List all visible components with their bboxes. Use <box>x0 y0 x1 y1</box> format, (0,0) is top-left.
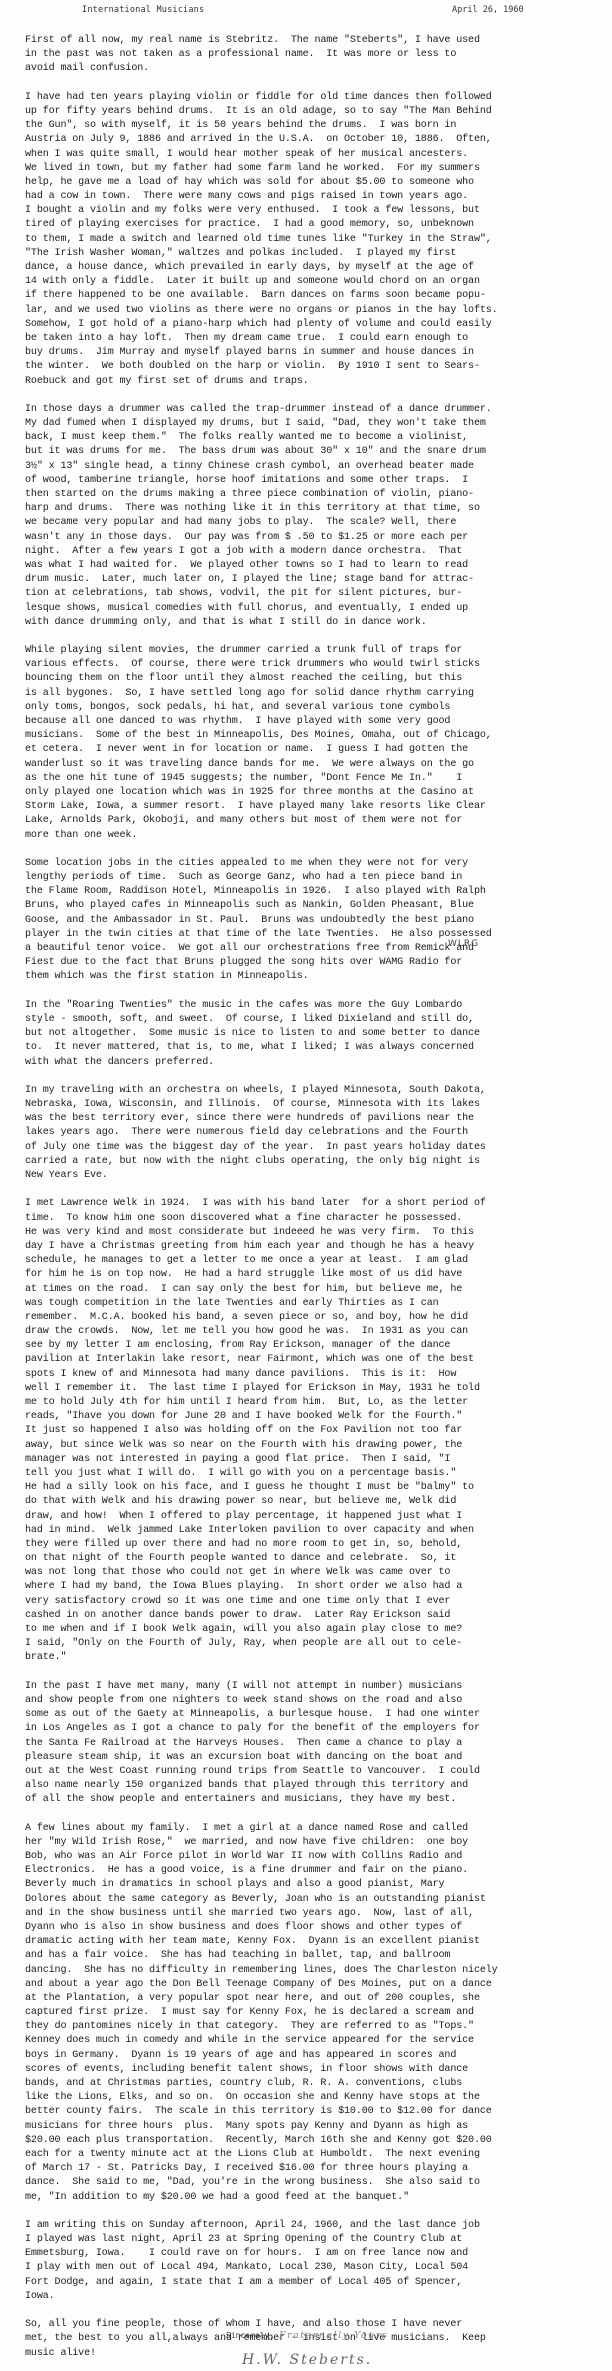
text-line: up for fifty years behind drums. It is a… <box>25 105 600 119</box>
text-line: In my traveling with an orchestra on whe… <box>25 1084 600 1098</box>
paragraph: In the "Roaring Twenties" the music in t… <box>25 999 600 1070</box>
text-line: in Los Angeles as I got a chance to paly… <box>25 1722 600 1736</box>
text-line: While playing silent movies, the drummer… <box>25 644 600 658</box>
text-line: Some location jobs in the cities appeale… <box>25 857 600 871</box>
text-line: captured first prize. I must say for Ken… <box>25 2006 600 2020</box>
text-line: see by my letter I am enclosing, from Ra… <box>25 1339 600 1353</box>
text-line: back, I must keep them." The folks reall… <box>25 431 600 445</box>
text-line: me, "In addition to my $20.00 we had a g… <box>25 2191 600 2205</box>
text-line: they were filled up over there and had n… <box>25 1538 600 1552</box>
text-line: schedule, he manages to get a letter to … <box>25 1254 600 1268</box>
text-line: 14 with only a fiddle. Later it built up… <box>25 275 600 289</box>
text-line: Bruns, who played cafes in Minneapolis s… <box>25 899 600 913</box>
text-line: Kenney does much in comedy and while in … <box>25 2034 600 2048</box>
letter-date: April 26, 1960 <box>452 5 524 15</box>
text-line: was what I had waited for. We played oth… <box>25 559 600 573</box>
text-line: was not long that those who could not ge… <box>25 1566 600 1580</box>
text-line: Somehow, I got hold of a piano-harp whic… <box>25 318 600 332</box>
text-line: I am writing this on Sunday afternoon, A… <box>25 2219 600 2233</box>
text-line: when I was quite small, I would hear mot… <box>25 148 600 162</box>
text-line: In the "Roaring Twenties" the music in t… <box>25 999 600 1013</box>
paragraph: In those days a drummer was called the t… <box>25 403 600 630</box>
text-line: as the one hit tune of 1945 suggests; th… <box>25 772 600 786</box>
text-line: I have had ten years playing violin or f… <box>25 91 600 105</box>
text-line: wanderlust so it was traveling dance ban… <box>25 758 600 772</box>
text-line: had a cow in town. There were many cows … <box>25 190 600 204</box>
text-line: Iowa. <box>25 2290 600 2304</box>
text-line: the Flame Room, Raddison Hotel, Minneapo… <box>25 885 600 899</box>
text-line: He had a silly look on his face, and I g… <box>25 1481 600 1495</box>
text-line: It just so happened I also was holding o… <box>25 1424 600 1438</box>
text-line: on that night of the Fourth people wante… <box>25 1552 600 1566</box>
text-line: tion at celebrations, tab shows, vodvil,… <box>25 587 600 601</box>
text-line: at times on the road. I can say only the… <box>25 1283 600 1297</box>
text-line: bands, and at Christmas parties, country… <box>25 2077 600 2091</box>
text-line: then started on the drums making a three… <box>25 488 600 502</box>
letter-header: International Musicians April 26, 1960 <box>0 5 612 21</box>
text-line: harp and drums. There was nothing like i… <box>25 502 600 516</box>
text-line: First of all now, my real name is Stebri… <box>25 34 600 48</box>
text-line: remember. M.C.A. booked his band, a seve… <box>25 1311 600 1325</box>
text-line: et cetera. I never went in for location … <box>25 743 600 757</box>
text-line: tired of playing exercises for practice.… <box>25 218 600 232</box>
text-line: I met Lawrence Welk in 1924. I was with … <box>25 1197 600 1211</box>
text-line: cashed in on another dance bands power t… <box>25 1609 600 1623</box>
paragraph: In my traveling with an orchestra on whe… <box>25 1084 600 1183</box>
text-line: drum music. Later, much later on, I play… <box>25 573 600 587</box>
text-line: Roebuck and got my first set of drums an… <box>25 375 600 389</box>
text-line: I play with men out of Local 494, Mankat… <box>25 2261 600 2275</box>
text-line: of wood, tamberine triangle, horse hoof … <box>25 474 600 488</box>
text-line: the Santa Fe Railroad at the Harveys Hou… <box>25 1737 600 1751</box>
text-line: Dolores about the same category as Bever… <box>25 1893 600 1907</box>
text-line: to me when and if I book Welk again, wil… <box>25 1623 600 1637</box>
text-line: various effects. Of course, there were t… <box>25 658 600 672</box>
text-line: pavilion at Interlakin lake resort, near… <box>25 1353 600 1367</box>
text-line: manager was not interested in paying a g… <box>25 1453 600 1467</box>
text-line: pleasure steam ship, it was an excursion… <box>25 1751 600 1765</box>
text-line: well I remember it. The last time I play… <box>25 1382 600 1396</box>
text-line: but it was drums for me. The bass drum w… <box>25 445 600 459</box>
text-line: My dad fumed when I displayed my drums, … <box>25 417 600 431</box>
text-line: do that with Welk and his drawing power … <box>25 1495 600 1509</box>
text-line: lengthy periods of time. Such as George … <box>25 871 600 885</box>
text-line: with what the dancers preferred. <box>25 1056 600 1070</box>
text-line: day I have a Christmas greeting from him… <box>25 1240 600 1254</box>
text-line: help, he gave me a load of hay which was… <box>25 176 600 190</box>
text-line: dramatic acting with her team mate, Kenn… <box>25 1935 600 1949</box>
text-line: only toms, bongos, sock pedals, hi hat, … <box>25 701 600 715</box>
text-line: them which was the first station in Minn… <box>25 970 600 984</box>
text-line: Storm Lake, Iowa, a summer resort. I hav… <box>25 800 600 814</box>
publication-name: International Musicians <box>82 5 204 15</box>
text-line: and has a fair voice. She has had teachi… <box>25 1949 600 1963</box>
text-line: wasn't any in those days. Our pay was fr… <box>25 531 600 545</box>
text-line: A few lines about my family. I met a gir… <box>25 1822 600 1836</box>
text-line: Lake, Arnolds Park, Okoboji, and many ot… <box>25 814 600 828</box>
text-line: very satisfactory crowd so it was one ti… <box>25 1595 600 1609</box>
text-line: and in the show business until she marri… <box>25 1907 600 1921</box>
text-line: they do pantomines nicely in that catego… <box>25 2020 600 2034</box>
text-line: because all one danced to was rhythm. I … <box>25 715 600 729</box>
text-line: Nebraska, Iowa, Wisconsin, and Illinois.… <box>25 1098 600 1112</box>
paragraph: I met Lawrence Welk in 1924. I was with … <box>25 1197 600 1665</box>
text-line: $20.00 each plus transportation. Recentl… <box>25 2134 600 2148</box>
text-line: the Gun", so with myself, it is 50 years… <box>25 119 600 133</box>
text-line: some as out of the Gaety at Minneapolis,… <box>25 1708 600 1722</box>
text-line: Electronics. He has a good voice, is a f… <box>25 1864 600 1878</box>
text-line: of March 17 - St. Patricks Day, I receiv… <box>25 2162 600 2176</box>
text-line: but not altogether. Some music is nice t… <box>25 1027 600 1041</box>
text-line: a beautiful tenor voice. We got all our … <box>25 942 600 956</box>
text-line: we became very popular and had many jobs… <box>25 516 600 530</box>
text-line: to them, I made a switch and learned old… <box>25 233 600 247</box>
text-line: where I had my band, the Iowa Blues play… <box>25 1580 600 1594</box>
text-line: draw the crowds. Now, let me tell you ho… <box>25 1325 600 1339</box>
text-line: I said, "Only on the Fourth of July, Ray… <box>25 1637 600 1651</box>
text-line: Austria on July 9, 1886 and arrived in t… <box>25 133 600 147</box>
paragraph: A few lines about my family. I met a gir… <box>25 1822 600 2205</box>
paragraph: I have had ten years playing violin or f… <box>25 91 600 389</box>
text-line: at the Plantation, a very popular spot n… <box>25 1992 600 2006</box>
text-line: I bought a violin and my folks were very… <box>25 204 600 218</box>
text-line: with dance drumming only, and that is wh… <box>25 616 600 630</box>
text-line: of all the show people and entertainers … <box>25 1793 600 1807</box>
text-line: Bob, who was an Air Force pilot in World… <box>25 1850 600 1864</box>
text-line: to. It never mattered, that is, to me, w… <box>25 1041 600 1055</box>
text-line: and show people from one nighters to wee… <box>25 1694 600 1708</box>
text-line: Fort Dodge, and again, I state that I am… <box>25 2276 600 2290</box>
text-line: player in the twin cities at that time o… <box>25 928 600 942</box>
closing-typed: Sincerely, <box>226 2331 274 2340</box>
text-line: more than one week. <box>25 829 600 843</box>
text-line: lesque shows, musical comedies with full… <box>25 602 600 616</box>
text-line: her "my Wild Irish Rose," we married, an… <box>25 1836 600 1850</box>
text-line: was tough competition in the late Twenti… <box>25 1297 600 1311</box>
text-line: for him he is on top now. He had a hard … <box>25 1268 600 1282</box>
text-line: 3½" x 13" single head, a tinny Chinese c… <box>25 460 600 474</box>
letter-body: First of all now, my real name is Stebri… <box>25 34 600 2371</box>
text-line: is all bygones. So, I have settled long … <box>25 687 600 701</box>
text-line: the winter. We both doubled on the harp … <box>25 360 600 374</box>
text-line: Fiest due to the fact that Bruns plugged… <box>25 956 600 970</box>
text-line: reads, "Ihave you down for June 20 and I… <box>25 1410 600 1424</box>
text-line: Emmetsburg, Iowa. I could rave on for ho… <box>25 2247 600 2261</box>
text-line: Goose, and the Ambassador in St. Paul. B… <box>25 914 600 928</box>
paragraph: I am writing this on Sunday afternoon, A… <box>25 2219 600 2304</box>
text-line: He was very kind and most considerate bu… <box>25 1226 600 1240</box>
text-line: night. After a few years I got a job wit… <box>25 545 600 559</box>
text-line: of July one time was the biggest day of … <box>25 1141 600 1155</box>
text-line: also name nearly 150 organized bands tha… <box>25 1779 600 1793</box>
text-line: time. To know him one soon discovered wh… <box>25 1212 600 1226</box>
text-line: dance, a house dance, which prevailed in… <box>25 261 600 275</box>
text-line: In the past I have met many, many (I wil… <box>25 1680 600 1694</box>
text-line: Dyann who is also in show business and d… <box>25 1921 600 1935</box>
text-line: only played one location which was in 19… <box>25 786 600 800</box>
paragraph: While playing silent movies, the drummer… <box>25 644 600 843</box>
text-line: dancing. She has no difficulty in rememb… <box>25 1964 600 1978</box>
text-line: like the Lions, Elks, and so on. On occa… <box>25 2091 600 2105</box>
text-line: dance. She said to me, "Dad, you're in t… <box>25 2176 600 2190</box>
letter-page: International Musicians April 26, 1960 F… <box>0 0 612 2371</box>
paragraph: In the past I have met many, many (I wil… <box>25 1680 600 1808</box>
text-line: buy drums. Jim Murray and myself played … <box>25 346 600 360</box>
text-line: boys in Germany. Dyann is 19 years of ag… <box>25 2049 600 2063</box>
text-line: In those days a drummer was called the t… <box>25 403 600 417</box>
text-line: if there happened to be one available. B… <box>25 289 600 303</box>
text-line: bouncing them on the floor until they al… <box>25 672 600 686</box>
text-line: away, but since Welk was so near on the … <box>25 1439 600 1453</box>
text-line: spots I knew of and Minnesota had many d… <box>25 1368 600 1382</box>
text-line: in the past was not taken as a professio… <box>25 48 600 62</box>
paragraph: Some location jobs in the cities appeale… <box>25 857 600 985</box>
text-line: musicians for three hours plus. Many spo… <box>25 2120 600 2134</box>
signature: H.W. Steberts. <box>242 2352 372 2368</box>
text-line: brate." <box>25 1651 600 1665</box>
text-line: me to hold July 4th for him until I hear… <box>25 1396 600 1410</box>
paragraph: First of all now, my real name is Stebri… <box>25 34 600 77</box>
text-line: I played was last night, April 23 at Spr… <box>25 2233 600 2247</box>
text-line: out at the West Coast running round trip… <box>25 1765 600 1779</box>
text-line: be taken into a hay loft. Then my dream … <box>25 332 600 346</box>
text-line: draw, and how! When I offered to play pe… <box>25 1510 600 1524</box>
text-line: musicians. Some of the best in Minneapol… <box>25 729 600 743</box>
text-line: lar, and we used two violins as there we… <box>25 304 600 318</box>
text-line: Beverly much in dramatics in school play… <box>25 1878 600 1892</box>
closing: Sincerely, Fraternally Yours <box>226 2330 388 2341</box>
text-line: lakes years ago. There were numerous fie… <box>25 1126 600 1140</box>
text-line: New Years Eve. <box>25 1169 600 1183</box>
text-line: and about a year ago the Don Bell Teenag… <box>25 1978 600 1992</box>
text-line: "The Irish Washer Woman," waltzes and po… <box>25 247 600 261</box>
text-line: tell you just what I will do. I will go … <box>25 1467 600 1481</box>
text-line: style - smooth, soft, and sweet. Of cour… <box>25 1013 600 1027</box>
handwritten-annotation: WLRG <box>448 939 479 949</box>
text-line: better county fairs. The scale in this t… <box>25 2105 600 2119</box>
text-line: carried a rate, but now with the night c… <box>25 1155 600 1169</box>
text-line: had in mind. Welk jammed Lake Interloken… <box>25 1524 600 1538</box>
text-line: was the best territory ever, since there… <box>25 1112 600 1126</box>
closing-handwritten: Fraternally Yours <box>279 2330 388 2341</box>
text-line: scores of events, including benefit tale… <box>25 2063 600 2077</box>
text-line: avoid mail confusion. <box>25 62 600 76</box>
text-line: each for a twenty minute act at the Lion… <box>25 2148 600 2162</box>
text-line: We lived in town, but my father had some… <box>25 162 600 176</box>
